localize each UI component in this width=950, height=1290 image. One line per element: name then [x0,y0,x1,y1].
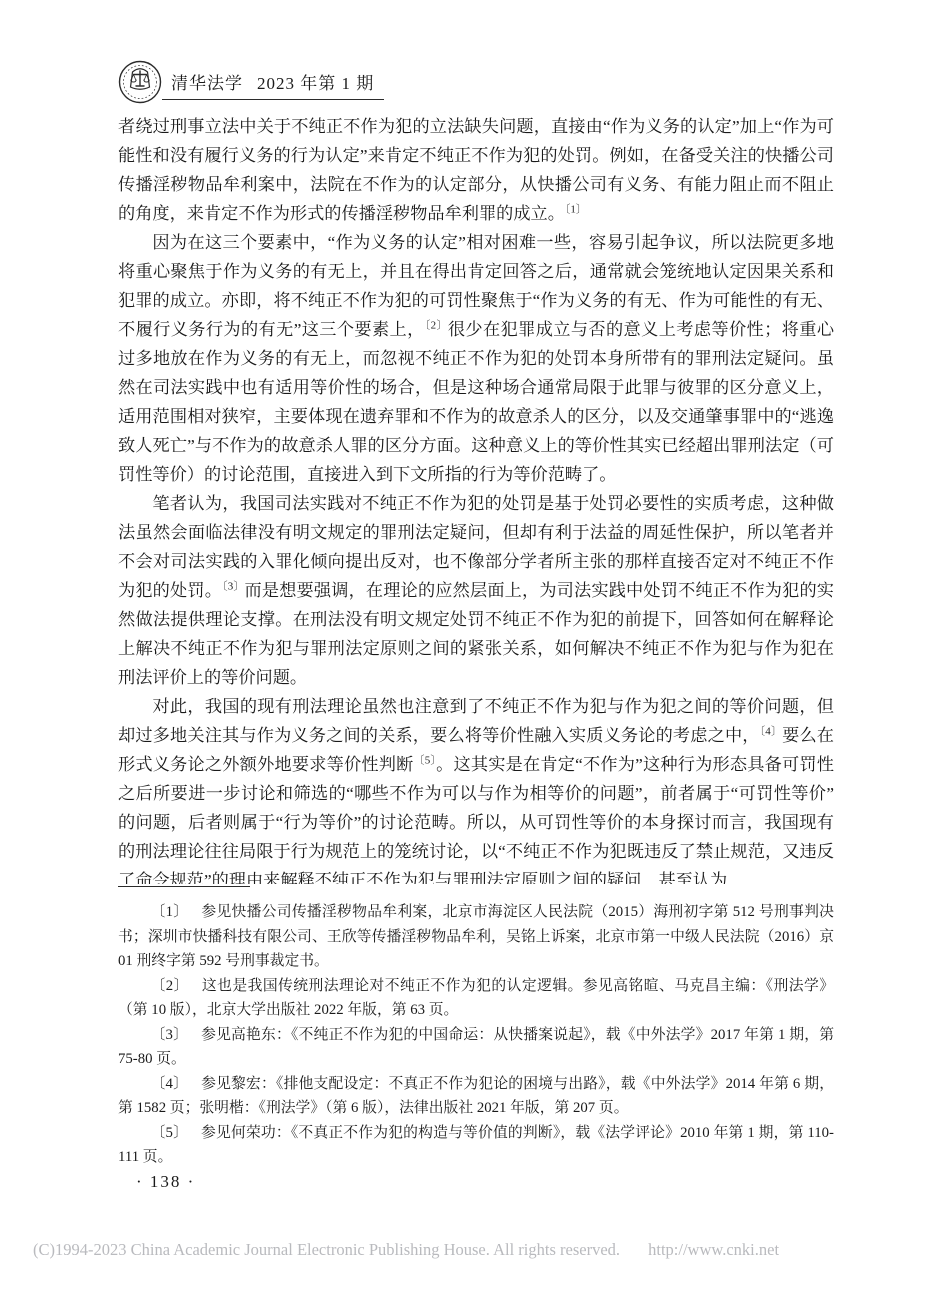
footnote: 〔1〕参见快播公司传播淫秽物品牟利案，北京市海淀区人民法院（2015）海刑初字第… [118,900,834,974]
page-number: · 138 · [136,1172,195,1192]
body-paragraph: 者绕过刑事立法中关于不纯正不作为犯的立法缺失问题，直接由“作为义务的认定”加上“… [118,112,834,228]
journal-logo-scales-icon [118,60,162,104]
footnote: 〔3〕参见高艳东：《不纯正不作为犯的中国命运：从快播案说起》，载《中外法学》20… [118,1023,834,1072]
footnote-ref: 〔1〕 [565,203,587,215]
footnote-marker: 〔3〕 [151,1027,202,1043]
footnote: 〔4〕参见黎宏：《排他支配设定：不真正不作为犯论的困境与出路》，载《中外法学》2… [118,1072,834,1121]
journal-title: 清华法学2023 年第 1 期 [162,69,384,100]
footnote-ref: 〔2〕 [425,319,448,331]
journal-name: 清华法学 [171,74,243,93]
footnote-marker: 〔4〕 [151,1076,202,1092]
footnote-ref: 〔5〕 [414,754,437,766]
journal-page: 清华法学2023 年第 1 期 者绕过刑事立法中关于不纯正不作为犯的立法缺失问题… [0,0,950,1290]
footer-copyright: (C)1994-2023 China Academic Journal Elec… [33,1240,620,1259]
cnki-footer: (C)1994-2023 China Academic Journal Elec… [33,1240,933,1260]
footnote-marker: 〔5〕 [151,1125,202,1141]
footnote-separator [118,886,250,887]
journal-issue: 2023 年第 1 期 [257,74,374,93]
footnote-ref: 〔4〕 [760,725,782,737]
footnotes-list: 〔1〕参见快播公司传播淫秽物品牟利案，北京市海淀区人民法院（2015）海刑初字第… [118,900,834,1168]
body-paragraph: 笔者认为，我国司法实践对不纯正不作为犯的处罚是基于处罚必要性的实质考虑，这种做法… [118,489,834,692]
footer-url: http://www.cnki.net [648,1240,779,1259]
article-body: 者绕过刑事立法中关于不纯正不作为犯的立法缺失问题，直接由“作为义务的认定”加上“… [118,112,834,884]
footnote-marker: 〔2〕 [151,978,202,994]
footnote: 〔2〕这也是我国传统刑法理论对不纯正不作为犯的认定逻辑。参见高铭暄、马克昌主编：… [118,974,834,1023]
page-header: 清华法学2023 年第 1 期 [118,60,384,100]
footnote-ref: 〔3〕 [222,580,244,592]
footnote-marker: 〔1〕 [151,904,202,920]
body-paragraph: 因为在这三个要素中，“作为义务的认定”相对困难一些，容易引起争议，所以法院更多地… [118,228,834,489]
footnote: 〔5〕参见何荣功：《不真正不作为犯的构造与等价值的判断》，载《法学评论》2010… [118,1121,834,1169]
body-paragraph: 对此，我国的现有刑法理论虽然也注意到了不纯正不作为犯与作为犯之间的等价问题，但却… [118,692,834,884]
